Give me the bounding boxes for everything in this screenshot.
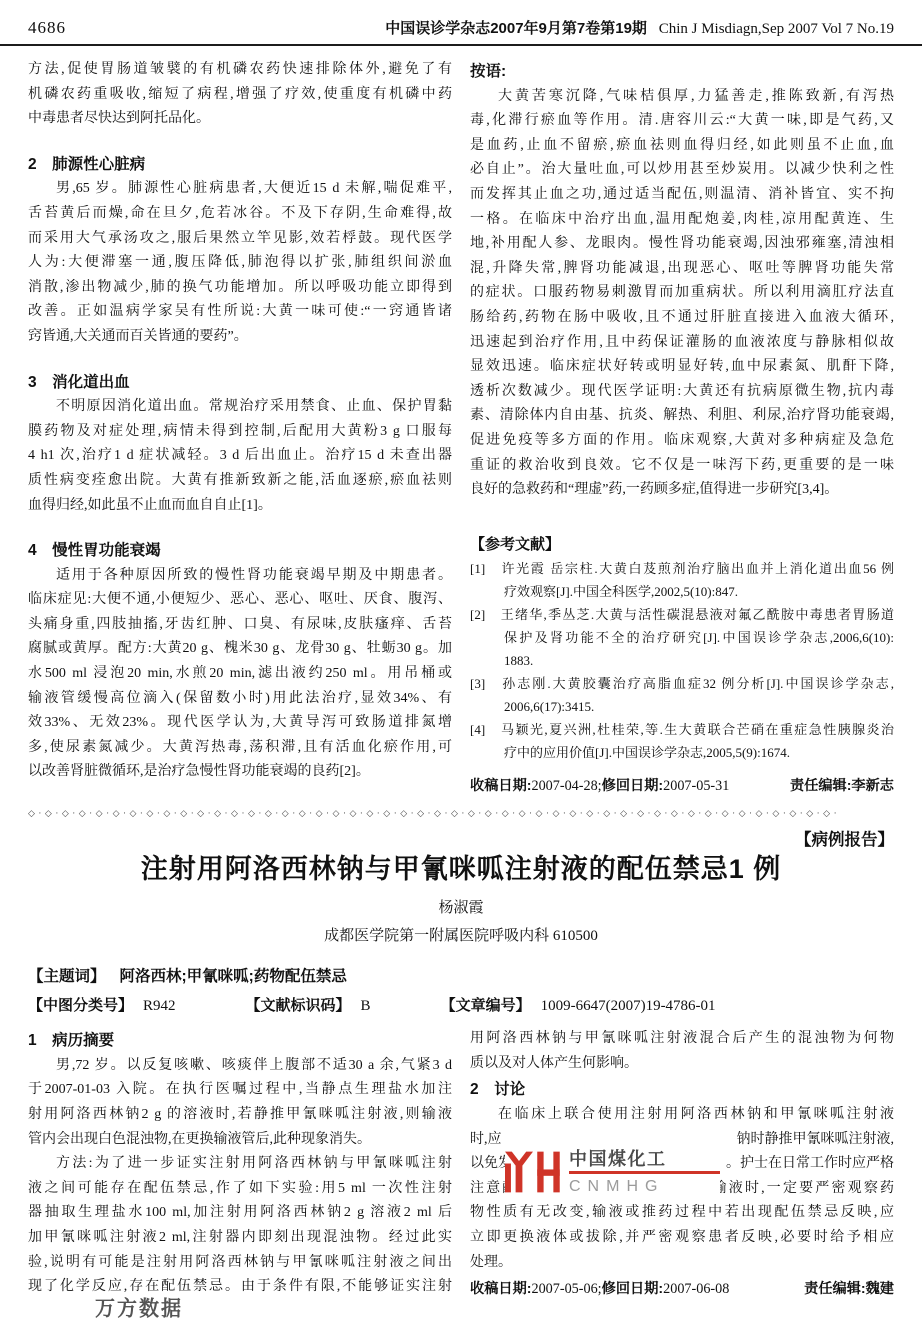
clc-label: 【中图分类号】 [28,997,133,1014]
article2-author: 杨淑霞 [0,899,922,918]
revised-label: 修回日期: [602,778,663,794]
article2-affiliation: 成都医学院第一附属医院呼吸内科 610500 [0,927,922,946]
text-line: 方法:为了进一步证实注射用阿洛西林钠与甲氰咪呱注射 [28,1152,452,1177]
reference-line: [2] 王绪华,季丛芝.大黄与活性碳混悬液对氟乙酰胺中毒患者胃肠道 [470,603,894,626]
section-heading: 3 消化道出血 [28,371,452,396]
reference-line: [3] 孙志刚.大黄胶囊治疗高脂血症32 例分析[J].中国误诊学杂志, [470,672,894,695]
article2-dates: 收稿日期:2007-05-06;修回日期:2007-06-08 [470,1277,729,1301]
text-line: 是血药,止血不留瘀,瘀血祛则血得归经,如此则虽不止血,血 [470,134,894,159]
doc-code-label: 【文献标识码】 [246,997,351,1014]
section-heading: 1 病历摘要 [28,1029,452,1054]
text-line: 男,65 岁。肺源性心脏病患者,大便近15 d 未解,喘促难平, [28,177,452,202]
journal-page: 4686 中国误诊学杂志2007年9月第7卷第19期 Chin J Misdia… [0,0,922,1337]
reference-line: [4] 马颖光,夏兴洲,杜桂荣,等.生大黄联合芒硝在重症急性胰腺炎治 [470,718,894,741]
editor-label: 责任编辑: [790,778,851,794]
text-line: 必自止”。治大量吐血,可以炒用甚至炒炭用。以减少快利之性 [470,158,894,183]
text-line: 而发挥其止血之功,通过适当配伍,则温清、消补皆宜、实不拘 [470,183,894,208]
article1-columns: 方法,促使胃肠道皱襞的有机磷农药快速排除体外,避免了有机磷农药重吸收,缩短了病程… [0,58,922,798]
text-line: 液之间可能存在配伍禁忌,作了如下实验:用5 ml 一次性注射 [28,1177,452,1202]
text-line: 多,使尿素氮减少。大黄泻热毒,荡积滞,且有活血化瘀作用,可 [28,736,452,761]
text-line: 在临床上联合使用注射用阿洛西林钠和甲氰咪呱注射液 [470,1103,894,1128]
doc-code-pair: 【文献标识码】B [246,996,371,1016]
text-line: 消散,渗出物减少,肺的换气功能增加。所以呼吸功能立即得到 [28,276,452,301]
reference-line: 1883. [470,649,894,672]
article-no-value: 1009-6647(2007)19-4786-01 [541,998,716,1014]
received-label: 收稿日期: [470,778,531,794]
text-line: 重证的救治收到良效。它不仅是一味泻下药,更重要的是一味 [470,454,894,479]
section-heading: 按语: [470,60,894,85]
cnmhg-latin: CNMHG [569,1178,720,1196]
keywords-row: 【主题词】阿洛西林;甲氰咪呱;药物配伍禁忌 [0,967,922,987]
text-line: 临床症见:大便不通,小便短少、恶心、恶心、呕吐、厌食、腹泻、 [28,588,452,613]
page-number: 4686 [28,18,66,38]
text-line: 用阿洛西林钠与甲氰咪呱注射液混合后产生的混浊物为何物 [470,1027,894,1052]
article2-left-column: 1 病历摘要男,72 岁。以反复咳嗽、咳痰伴上腹部不适30 a 余,气紧3 d于… [28,1027,452,1301]
text-line: 适用于各种原因所致的慢性肾功能衰竭早期及中期患者。 [28,564,452,589]
text-line: 处理。 [470,1251,894,1276]
reference-line: [1] 许光霞 岳宗柱.大黄白芨煎剂治疗脑出血并上消化道出血56 例 [470,557,894,580]
text-line: 以改善肾脏微循环,是治疗急慢性肾功能衰竭的良药[2]。 [28,760,452,785]
article2-title: 注射用阿洛西林钠与甲氰咪呱注射液的配伍禁忌1 例 [0,852,922,886]
text-line: 质以及对人体产生何影响。 [470,1052,894,1077]
report-type-badge: 【病例报告】 [0,820,922,850]
revised-date: 2007-06-08 [663,1281,729,1297]
received-date: 2007-05-06; [531,1281,601,1297]
article1-editor: 责任编辑:李新志 [790,774,894,798]
text-line: 大黄苦寒沉降,气味桔俱厚,力猛善走,推陈致新,有泻热 [470,85,894,110]
reference-line: 保护及肾功能不全的治疗研究[J].中国误诊学杂志,2006,6(10): [470,626,894,649]
text-line: 改善。正如温病学家吴有性所说:大黄一味可使:“一窍通皆诸 [28,300,452,325]
text-line: 4 h1 次,治疗1 d 症状减轻。3 d 后出血止。治疗15 d 未查出器 [28,444,452,469]
text-line: 窍皆通,大关通而百关皆通的要药”。 [28,325,452,350]
text-line: 混,升降失常,脾肾功能减退,出现恶心、呕吐等脾肾功能失常 [470,257,894,282]
reference-line: 疗效观察[J].中国全科医学,2002,5(10):847. [470,580,894,603]
text-line: 一格。在临床中治疗出血,温用配炮姜,肉桂,凉用配黄连、生 [470,208,894,233]
text-line: 显效迅速。临床症状好转或明显好转,血中尿素氮、肌酐下降, [470,355,894,380]
text-line: 水500 ml 浸泡20 min,水煎20 min,滤出液约250 ml。用吊桶… [28,662,452,687]
text-line: 的症状。口服药物易刺激胃而加重病状。所以利用滴肛疗法直 [470,281,894,306]
text-line: 血得归经,如此虽不止血而血自自止[1]。 [28,494,452,519]
article1-dates: 收稿日期:2007-04-28;修回日期:2007-05-31 [470,774,729,798]
text-line: 质性病变痊愈出院。大黄有推新致新之能,活血逐瘀,瘀血祛则 [28,469,452,494]
text-line: 验,说明有可能是注射用阿洛西林钠与甲氰咪呱注射液之间出 [28,1251,452,1276]
revised-date: 2007-05-31 [663,778,729,794]
text-line: 男,72 岁。以反复咳嗽、咳痰伴上腹部不适30 a 余,气紧3 d [28,1054,452,1079]
page-header: 4686 中国误诊学杂志2007年9月第7卷第19期 Chin J Misdia… [0,0,922,46]
article-no-pair: 【文章编号】1009-6647(2007)19-4786-01 [441,996,716,1016]
text-line: 肠给药,药物在肠中吸收,且不通过肝脏直接进入血液大循环, [470,306,894,331]
text-line: 素、清除体内自由基、抗炎、解热、利胆、利尿,治疗肾功能衰竭, [470,404,894,429]
journal-header-line: 中国误诊学杂志2007年9月第7卷第19期 Chin J Misdiagn,Se… [385,17,894,38]
text-line: 地,补用配人参、龙眼肉。慢性肾功能衰竭,因浊邪雍塞,清浊相 [470,232,894,257]
text-line: 现了化学反应,存在配伍禁忌。由于条件有限,不能够证实注射 [28,1275,452,1300]
article2-meta-row: 【中图分类号】R942 【文献标识码】B 【文章编号】1009-6647(200… [0,996,922,1016]
wanfang-watermark: 万方数据 [95,1291,183,1321]
text-line: 腐腻或黄厚。配方:大黄20 g、槐米30 g、龙骨30 g、牡蛎30 g。加 [28,637,452,662]
article1-right-column: 按语:大黄苦寒沉降,气味桔俱厚,力猛善走,推陈致新,有泻热毒,化滞行瘀血等作用。… [470,58,894,798]
revised-label: 修回日期: [602,1281,663,1297]
text-line: 中毒患者尽快达到阿托品化。 [28,107,452,132]
text-line: 头痛身重,四肢抽搐,牙齿红肿、口臭、有尿味,皮肤瘙痒、舌苔 [28,613,452,638]
article1-footer: 收稿日期:2007-04-28;修回日期:2007-05-31 责任编辑:李新志 [470,774,894,798]
cnmhg-watermark: 中国煤化工 CNMHG [505,1140,720,1204]
text-line: 促进免疫等多方面的作用。临床观察,大黄对多种病症及急危 [470,429,894,454]
text-line: 透析次数减少。现代医学证明:大黄还有抗病原微生物,抗内毒 [470,380,894,405]
text-line: 良好的急救药和“理虚”药,一药顾多症,值得进一步研究[3,4]。 [470,478,894,503]
journal-title-en: Chin J Misdiagn,Sep 2007 Vol 7 No.19 [659,21,894,37]
journal-title-cn: 中国误诊学杂志2007年9月第7卷第19期 [385,20,647,37]
clc-value: R942 [143,998,176,1014]
keywords-label: 【主题词】 [28,968,106,985]
references-heading: 【参考文献】 [470,533,894,558]
article1-right-text: 按语:大黄苦寒沉降,气味桔俱厚,力猛善走,推陈致新,有泻热毒,化滞行瘀血等作用。… [470,60,894,764]
received-label: 收稿日期: [470,1281,531,1297]
article-no-label: 【文章编号】 [441,997,531,1014]
text-line: 而采用大气承汤攻之,服后果然立竿见影,效若桴鼓。现代医学 [28,227,452,252]
text-line: 毒,化滞行瘀血等作用。清.唐容川云:“大黄一味,即是气药,又 [470,109,894,134]
text-line: 管内会出现白色混浊物,在更换输液管后,此种现象消失。 [28,1128,452,1153]
text-line: 效33%、无效23%。现代医学认为,大黄导泻可致肠道排氮增 [28,711,452,736]
text-line: 不明原因消化道出血。常规治疗采用禁食、止血、保护胃黏 [28,395,452,420]
text-line: 加甲氰咪呱注射液2 ml,注射器内即刻出现混浊物。经过此实 [28,1226,452,1251]
cnmhg-logo-icon [505,1144,561,1200]
text-line: 方法,促使胃肠道皱襞的有机磷农药快速排除体外,避免了有 [28,58,452,83]
text-line: 人为:大便滞塞一通,腹压降低,肺泡得以扩张,肺组织间淤血 [28,251,452,276]
section-heading: 4 慢性胃功能衰竭 [28,539,452,564]
editor-name: 李新志 [851,778,894,794]
text-line: 器抽取生理盐水100 ml,加注射用阿洛西林钠2 g 溶液2 ml 后 [28,1201,452,1226]
text-line: 机磷农药重吸收,缩短了病程,增强了疗效,使重度有机磷中药 [28,83,452,108]
text-line: 物性质有无改变,输液或推药过程中若出现配伍禁忌反映,应 [470,1201,894,1226]
reference-line: 疗中的应用价值[J].中国误诊学杂志,2005,5(9):1674. [470,741,894,764]
editor-name: 魏建 [866,1281,894,1297]
cnmhg-chinese: 中国煤化工 [569,1149,720,1169]
reference-line: 2006,6(17):3415. [470,695,894,718]
section-heading: 2 肺源性心脏病 [28,153,452,178]
section-heading: 2 讨论 [470,1078,894,1103]
article2-footer: 收稿日期:2007-05-06;修回日期:2007-06-08 责任编辑:魏建 [470,1277,894,1301]
cnmhg-red-rule [569,1171,720,1174]
doc-code-value: B [361,998,371,1014]
text-line: 输液管缓慢高位滴入(保留数小时)用此法治疗,显效34%、有 [28,687,452,712]
clc-pair: 【中图分类号】R942 [28,996,176,1016]
keywords-content: 阿洛西林;甲氰咪呱;药物配伍禁忌 [120,968,347,985]
text-line: 于2007-01-03 入院。在执行医嘱过程中,当静点生理盐水加注 [28,1078,452,1103]
ornament-divider: ◇·◇·◇·◇·◇·◇·◇·◇·◇·◇·◇·◇·◇·◇·◇·◇·◇·◇·◇·◇·… [28,806,894,820]
text-line: 膜药物及对症处理,病情未得到控制,后配用大黄粉3 g 口服每 [28,420,452,445]
article1-left-column: 方法,促使胃肠道皱襞的有机磷农药快速排除体外,避免了有机磷农药重吸收,缩短了病程… [28,58,452,798]
text-line: 舌苔黄后而燥,命在旦夕,危若冰谷。不及下存阴,生命难得,故 [28,202,452,227]
text-line: 迅速起到治疗作用,且中药保证灌肠的血液浓度与静脉相似故 [470,331,894,356]
article2-columns: 1 病历摘要男,72 岁。以反复咳嗽、咳痰伴上腹部不适30 a 余,气紧3 d于… [0,1027,922,1301]
text-line: 射用阿洛西林钠2 g 的溶液时,若静推甲氰咪呱注射液,则输液 [28,1103,452,1128]
received-date: 2007-04-28; [531,778,601,794]
article2-editor: 责任编辑:魏建 [804,1277,894,1301]
cnmhg-text-block: 中国煤化工 CNMHG [569,1149,720,1196]
text-line: 立即更换液体或拔除,并严密观察患者反映,必要时给予相应 [470,1226,894,1251]
editor-label: 责任编辑: [804,1281,865,1297]
